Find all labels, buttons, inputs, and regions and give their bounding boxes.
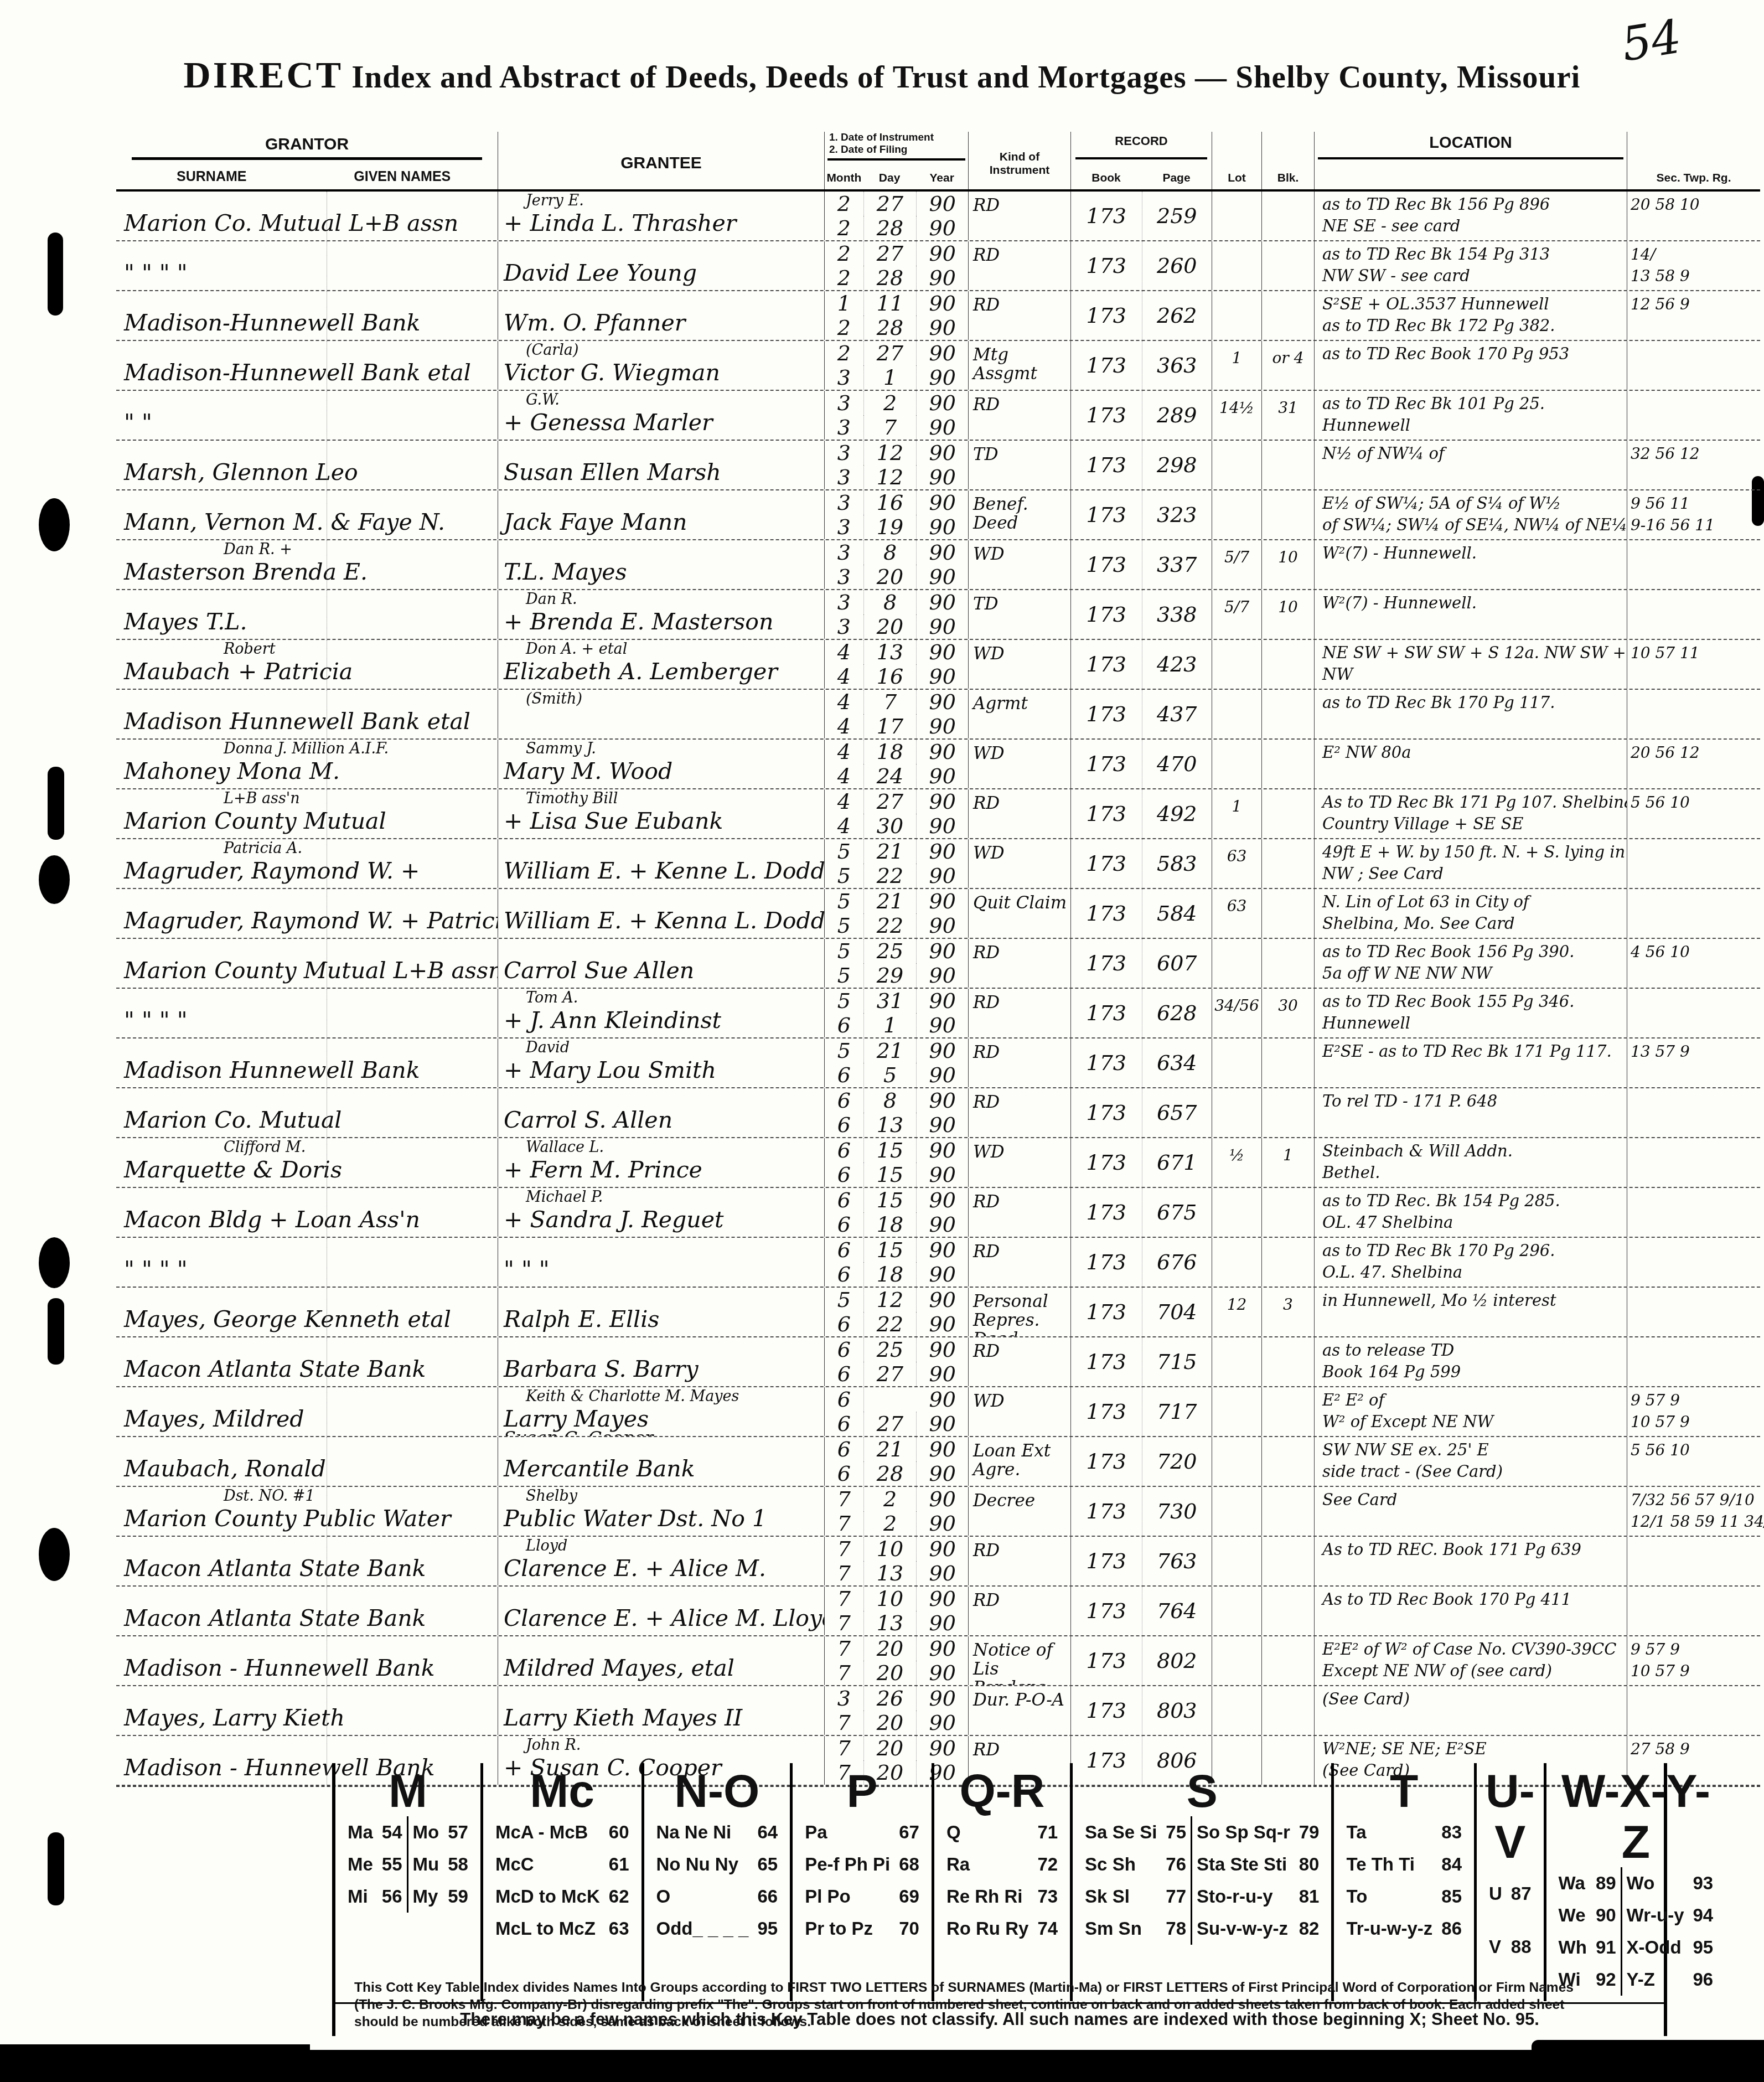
date-cell: 22790 22890 <box>825 192 969 240</box>
kind-header-cell: Kind of Instrument <box>969 132 1071 189</box>
grantor-note <box>124 990 494 1006</box>
key-entry-label: No Nu Ny <box>656 1848 739 1880</box>
day-value: 21 <box>864 1437 917 1461</box>
location-line-1: as to TD Rec Bk 156 Pg 896 <box>1322 194 1625 215</box>
sec-twp-rg-cell <box>1627 341 1760 390</box>
grantee-name: Barbara S. Barry <box>504 1355 821 1383</box>
year-value: 90 <box>917 565 968 589</box>
blk-value: 30 <box>1262 989 1315 1037</box>
date-cell: 7290 7290 <box>825 1487 969 1536</box>
key-entry: Wa89 <box>1559 1867 1616 1899</box>
key-entry-label: Wh <box>1559 1931 1587 1964</box>
grantee-note: G.W. <box>504 392 821 409</box>
grantee-note: Timothy Bill <box>504 791 821 807</box>
grantor-note <box>124 1438 494 1455</box>
ledger-row: Macon Atlanta State Bank Lloyd Clarence … <box>116 1537 1760 1587</box>
location-line-1: To rel TD - 171 P. 648 <box>1322 1091 1625 1112</box>
key-entry-label: Sto-r-u-y <box>1197 1880 1272 1913</box>
key-entry: Wr-u-y94 <box>1627 1899 1714 1931</box>
year-value: 90 <box>917 1088 968 1113</box>
grantee-note: Keith & Charlotte M. Mayes <box>504 1388 821 1405</box>
grantor-name: Mayes, George Kenneth etal <box>124 1305 494 1333</box>
date-cell: 61590 61590 <box>825 1138 969 1187</box>
grantee-name: Larry Kieth Mayes II <box>504 1704 821 1732</box>
lot-value <box>1212 1487 1262 1536</box>
record-page: 634 <box>1142 1039 1212 1087</box>
grantee-cell: Lloyd Clarence E. + Alice M. <box>498 1537 825 1585</box>
date-of-filing: 43090 <box>825 814 968 838</box>
grantee-name: Carrol S. Allen <box>504 1106 821 1134</box>
ledger-row: Robert Maubach + Patricia Don A. + etal … <box>116 640 1760 690</box>
sec-twp-rg-line-1: 13 57 9 <box>1631 1041 1759 1062</box>
page-header: Page <box>1141 172 1212 185</box>
record-page: 715 <box>1142 1337 1212 1386</box>
date-of-filing: 72090 <box>825 1711 968 1735</box>
location-cell: as to TD Rec Bk 170 Pg 117. <box>1315 690 1627 738</box>
record-cell: 173289 <box>1071 391 1212 440</box>
year-value: 90 <box>917 814 968 838</box>
key-entry-sheet-number: 61 <box>609 1848 629 1880</box>
key-entry-sheet-number: 86 <box>1441 1913 1462 1945</box>
year-value: 90 <box>917 1288 968 1312</box>
key-section-letter: W-X-Y-Z <box>1554 1765 1718 1867</box>
year-value: 90 <box>917 789 968 814</box>
grantor-note <box>124 193 494 209</box>
key-entry-label: Wa <box>1559 1867 1585 1899</box>
grantor-note <box>124 1737 494 1754</box>
key-entry-sheet-number: 56 <box>382 1880 402 1913</box>
blk-value: 10 <box>1262 590 1315 639</box>
sec-twp-rg-cell <box>1627 839 1760 888</box>
key-section-n-o: N-ONa Ne Ni64No Nu Ny65O66Odd_ _ _ _95 <box>644 1763 793 2001</box>
key-section-mc: McMcA - McB60McC61McD to McK62McL to McZ… <box>483 1763 644 2001</box>
blk-value <box>1262 1537 1315 1585</box>
grantor-header: GRANTOR <box>116 135 498 154</box>
kind-of-instrument: Mtg Assgmt <box>969 341 1071 390</box>
key-entry-sheet-number: 72 <box>1037 1848 1058 1880</box>
key-entry-label: X-Odd <box>1627 1931 1682 1964</box>
date-cell: 42790 43090 <box>825 789 969 838</box>
month-value: 6 <box>825 1362 864 1386</box>
binder-mark <box>48 233 63 316</box>
month-value: 6 <box>825 1163 864 1187</box>
key-entry-sheet-number: 91 <box>1596 1931 1616 1964</box>
year-value: 90 <box>917 1511 968 1536</box>
month-value: 6 <box>825 1013 864 1037</box>
month-value: 6 <box>825 1412 864 1436</box>
location-line-2: NE SE - see card <box>1322 215 1625 237</box>
day-value: 13 <box>864 1113 917 1137</box>
kind-of-instrument: RD <box>969 192 1071 240</box>
kind-of-instrument: WD <box>969 839 1071 888</box>
blk-value <box>1262 789 1315 838</box>
grantor-name: Marion Co. Mutual <box>124 1106 494 1134</box>
date-of-instrument: 22790 <box>825 341 968 365</box>
kind-of-instrument: RD <box>969 291 1071 340</box>
lot-value <box>1212 1337 1262 1386</box>
grantee-cell: Larry Kieth Mayes II <box>498 1686 825 1735</box>
record-cell: 173262 <box>1071 291 1212 340</box>
record-header: RECORD <box>1071 134 1212 148</box>
key-entry: Me55 <box>348 1848 402 1880</box>
key-entry-label: Q <box>946 1816 961 1848</box>
grantor-note <box>124 1239 494 1256</box>
day-value: 21 <box>864 839 917 864</box>
record-cell: 173671 <box>1071 1138 1212 1187</box>
month-value: 7 <box>825 1487 864 1511</box>
location-line-1: E²E² of W² of Case No. CV390-39CC <box>1322 1639 1625 1660</box>
month-value: 3 <box>825 614 864 639</box>
key-entry-sheet-number: 62 <box>609 1880 629 1913</box>
year-value: 90 <box>917 1013 968 1037</box>
month-value: 1 <box>825 291 864 316</box>
grantor-cell: Mann, Vernon M. & Faye N. <box>116 490 498 539</box>
key-entry-sheet-number: 66 <box>757 1880 778 1913</box>
date-of-filing: 22890 <box>825 266 968 290</box>
record-header-cell: RECORD Book Page <box>1071 132 1212 189</box>
date-cell: 61590 61890 <box>825 1188 969 1237</box>
sec-twp-rg-cell <box>1627 1288 1760 1336</box>
location-line-1: W²(7) - Hunnewell. <box>1322 592 1625 614</box>
date-of-instrument: 62590 <box>825 1337 968 1362</box>
grantor-cell: Madison Hunnewell Bank <box>116 1039 498 1087</box>
grantor-cell: Macon Atlanta State Bank <box>116 1337 498 1386</box>
location-header: LOCATION <box>1315 134 1627 152</box>
month-value: 6 <box>825 1262 864 1287</box>
year-value: 90 <box>917 640 968 664</box>
grantee-name: Susan Ellen Marsh <box>504 458 821 486</box>
day-value: 1 <box>864 1013 917 1037</box>
location-line-2: NW <box>1322 664 1625 685</box>
key-entry-sheet-number: 73 <box>1037 1880 1058 1913</box>
lot-value: 12 <box>1212 1288 1262 1336</box>
grantee-name: William E. + Kenne L. Dodd <box>504 857 821 885</box>
year-value: 90 <box>917 1362 968 1386</box>
date-cell: 71090 71390 <box>825 1537 969 1585</box>
grantor-note <box>124 1538 494 1554</box>
lot-value: 63 <box>1212 839 1262 888</box>
date-cell: 3290 3790 <box>825 391 969 440</box>
record-page: 298 <box>1142 441 1212 489</box>
lot-value <box>1212 1238 1262 1287</box>
day-value: 5 <box>864 1063 917 1087</box>
date-of-instrument: 31290 <box>825 441 968 465</box>
month-value: 3 <box>825 415 864 440</box>
page-title: DIRECT Index and Abstract of Deeds, Deed… <box>0 53 1764 97</box>
record-book: 173 <box>1071 291 1142 340</box>
month-value: 3 <box>825 565 864 589</box>
key-entry: McA - McB60 <box>495 1816 629 1848</box>
day-value: 7 <box>864 415 917 440</box>
record-cell: 173704 <box>1071 1288 1212 1336</box>
key-column: Mo57Mu58My59 <box>407 1816 473 1913</box>
kind-of-instrument: WD <box>969 740 1071 788</box>
key-entry: Q71 <box>946 1816 1058 1848</box>
ledger-row: Dst. NO. #1 Marion County Public Water S… <box>116 1487 1760 1537</box>
record-book: 173 <box>1071 192 1142 240</box>
grantee-cell: Carrol Sue Allen <box>498 939 825 988</box>
grantor-note <box>124 1388 494 1405</box>
grantor-cell: Mayes T.L. <box>116 590 498 639</box>
grantor-note <box>124 442 494 458</box>
key-column: Wo93Wr-u-y94X-Odd95Y-Z96 <box>1621 1867 1718 1996</box>
day-value: 21 <box>864 1039 917 1063</box>
location-line-1: N½ of NW¼ of <box>1322 443 1625 464</box>
grantee-cell: Don A. + etal Elizabeth A. Lemberger <box>498 640 825 689</box>
ledger-row: " " " " " " " 61590 61890 RD 173676 as t… <box>116 1238 1760 1288</box>
ledger-row: Dan R. + Masterson Brenda E. T.L. Mayes … <box>116 540 1760 590</box>
location-cell: in Hunnewell, Mo ½ interest <box>1315 1288 1627 1336</box>
year-value: 90 <box>917 714 968 738</box>
location-line-2: 5a off W NE NW NW <box>1322 963 1625 984</box>
month-value: 3 <box>825 441 864 465</box>
year-value: 90 <box>917 1188 968 1212</box>
record-page: 657 <box>1142 1088 1212 1137</box>
month-value: 4 <box>825 740 864 764</box>
grantee-name: Elizabeth A. Lemberger <box>504 658 821 685</box>
date-of-instrument: 51290 <box>825 1288 968 1312</box>
location-cell: E² NW 80a <box>1315 740 1627 788</box>
kind-of-instrument: RD <box>969 789 1071 838</box>
date-cell: 11190 22890 <box>825 291 969 340</box>
sec-twp-rg-cell: 9 56 11 9-16 56 11 <box>1627 490 1760 539</box>
year-value: 90 <box>917 441 968 465</box>
blk-value <box>1262 1188 1315 1237</box>
day-value: 27 <box>864 192 917 216</box>
date-of-instrument: 72090 <box>825 1636 968 1661</box>
key-entry: Ta83 <box>1346 1816 1462 1848</box>
location-line-1: as to TD Rec Bk 170 Pg 296. <box>1322 1240 1625 1262</box>
grantee-cell: Wallace L. + Fern M. Prince <box>498 1138 825 1187</box>
record-book: 173 <box>1071 789 1142 838</box>
lot-value <box>1212 939 1262 988</box>
year-value: 90 <box>917 1039 968 1063</box>
day-value: 15 <box>864 1238 917 1262</box>
record-page: 802 <box>1142 1636 1212 1685</box>
day-value: 8 <box>864 590 917 614</box>
date-of-instrument: 62190 <box>825 1437 968 1461</box>
location-cell: N½ of NW¼ of <box>1315 441 1627 489</box>
record-page: 704 <box>1142 1288 1212 1336</box>
record-cell: 173657 <box>1071 1088 1212 1137</box>
key-entry: Pa67 <box>805 1816 919 1848</box>
month-value: 6 <box>825 1461 864 1486</box>
grantor-name: Marion County Public Water <box>124 1505 494 1532</box>
location-cell: E²SE - as to TD Rec Bk 171 Pg 117. <box>1315 1039 1627 1087</box>
date-of-instrument: 53190 <box>825 989 968 1013</box>
record-cell: 173298 <box>1071 441 1212 489</box>
key-entry-sheet-number: 78 <box>1166 1913 1186 1945</box>
key-entry-sheet-number: 54 <box>382 1816 402 1848</box>
date-cell: 71090 71390 <box>825 1587 969 1635</box>
grantee-cell: Keith & Charlotte M. Mayes Larry Mayes S… <box>498 1387 825 1436</box>
date-of-filing: 62290 <box>825 1312 968 1336</box>
year-value: 90 <box>917 1711 968 1735</box>
key-section-letter: U-V <box>1484 1765 1536 1867</box>
day-value: 20 <box>864 1711 917 1735</box>
key-entry: Tr-u-w-y-z86 <box>1346 1913 1462 1945</box>
key-section-letter: P <box>800 1765 924 1816</box>
location-line-1: E½ of SW¼; 5A of S¼ of W½ <box>1322 493 1625 514</box>
grantee-name: Jack Faye Mann <box>504 508 821 536</box>
key-entry: Y-Z96 <box>1627 1964 1714 1996</box>
binder-mark <box>39 1528 70 1581</box>
location-cell: To rel TD - 171 P. 648 <box>1315 1088 1627 1137</box>
year-value: 90 <box>917 690 968 714</box>
binder-mark <box>48 1832 64 1905</box>
year-value: 90 <box>917 913 968 938</box>
year-value: 90 <box>917 241 968 266</box>
sec-twp-rg-cell: 9 57 9 10 57 9 <box>1627 1636 1760 1685</box>
day-value: 20 <box>864 1661 917 1685</box>
ledger-row: Macon Atlanta State Bank Barbara S. Barr… <box>116 1337 1760 1387</box>
key-entry-label: Na Ne Ni <box>656 1816 732 1848</box>
location-cell: W²(7) - Hunnewell. <box>1315 590 1627 639</box>
date-of-filing: 32090 <box>825 614 968 639</box>
record-page: 764 <box>1142 1587 1212 1635</box>
sec-twp-rg-line-2: 10 57 9 <box>1631 1660 1759 1682</box>
ledger-row: " " G.W. + Genessa Marler 3290 3790 RD 1… <box>116 391 1760 441</box>
date-of-filing: 71390 <box>825 1561 968 1585</box>
sec-twp-rg-line-1: 27 58 9 <box>1631 1738 1759 1760</box>
date-of-instrument: 22790 <box>825 241 968 266</box>
record-page: 337 <box>1142 540 1212 589</box>
record-page: 628 <box>1142 989 1212 1037</box>
sec-twp-rg-line-2: 12/1 58 59 11 34/2 31/2 <box>1631 1511 1759 1532</box>
key-entry-sheet-number: 77 <box>1166 1880 1186 1913</box>
ledger-row: Madison - Hunnewell Bank Mildred Mayes, … <box>116 1636 1760 1686</box>
date-of-instrument: 52590 <box>825 939 968 963</box>
key-entry-sheet-number: 90 <box>1596 1899 1616 1931</box>
sec-twp-rg-line-1: 9 56 11 <box>1631 493 1759 514</box>
grantee-note <box>504 1239 821 1256</box>
record-cell: 173492 <box>1071 789 1212 838</box>
binder-mark <box>39 855 70 904</box>
grantor-name: Mahoney Mona M. <box>124 757 494 785</box>
date-cell: 52190 52290 <box>825 889 969 938</box>
year-value: 90 <box>917 341 968 365</box>
lot-value: 5/7 <box>1212 540 1262 589</box>
key-entry-label: Ma <box>348 1816 373 1848</box>
grantor-name: Macon Atlanta State Bank <box>124 1604 494 1632</box>
month-value: 7 <box>825 1661 864 1685</box>
month-value: 6 <box>825 1212 864 1237</box>
key-entry: Mo57 <box>413 1816 468 1848</box>
kind-of-instrument: Quit Claim <box>969 889 1071 938</box>
scan-bottom-band <box>0 2050 1764 2082</box>
lot-value <box>1212 1188 1262 1237</box>
key-entry-sheet-number: 60 <box>609 1816 629 1848</box>
blk-value: 10 <box>1262 540 1315 589</box>
location-line-2: O.L. 47. Shelbina <box>1322 1262 1625 1283</box>
sec-twp-rg-line-1: 20 56 12 <box>1631 742 1759 763</box>
key-section-letter: S <box>1080 1765 1323 1816</box>
month-value: 5 <box>825 989 864 1013</box>
date-of-instrument: 6890 <box>825 1088 968 1113</box>
grantor-note <box>124 890 494 907</box>
month-value: 7 <box>825 1611 864 1635</box>
location-line-1: as to TD Rec Book 156 Pg 390. <box>1322 941 1625 963</box>
grantee-note <box>504 1687 821 1704</box>
record-book: 173 <box>1071 590 1142 639</box>
record-book: 173 <box>1071 1039 1142 1087</box>
record-cell: 173323 <box>1071 490 1212 539</box>
grantee-note <box>504 890 821 907</box>
record-book: 173 <box>1071 640 1142 689</box>
date-of-instrument: 3890 <box>825 540 968 565</box>
grantee-cell: Dan R. + Brenda E. Masterson <box>498 590 825 639</box>
lot-value <box>1212 740 1262 788</box>
grantor-name: " " " " <box>124 259 494 287</box>
date-of-instrument: 61590 <box>825 1138 968 1163</box>
key-entry-label: Mu <box>413 1848 439 1880</box>
grantee-note <box>504 840 821 857</box>
day-value: 2 <box>864 1511 917 1536</box>
key-entry: Sk Sl77 <box>1085 1880 1186 1913</box>
book-header: Book <box>1071 172 1141 185</box>
date-cell: 32690 72090 <box>825 1686 969 1735</box>
day-value: 25 <box>864 1337 917 1362</box>
date-of-filing: 41790 <box>825 714 968 738</box>
key-entry: No Nu Ny65 <box>656 1848 778 1880</box>
key-entry-sheet-number: 83 <box>1441 1816 1462 1848</box>
grantee-name: Carrol Sue Allen <box>504 957 821 984</box>
year-value: 90 <box>917 1587 968 1611</box>
grantor-cell: Maubach, Ronald <box>116 1437 498 1486</box>
record-book: 173 <box>1071 1088 1142 1137</box>
key-entry-label: Wo <box>1627 1867 1655 1899</box>
key-entry-sheet-number: 58 <box>448 1848 468 1880</box>
grantor-note <box>124 1089 494 1106</box>
blk-value: or 4 <box>1262 341 1315 390</box>
lot-value: 34/56 <box>1212 989 1262 1037</box>
ledger-row: Maubach, Ronald Mercantile Bank 62190 62… <box>116 1437 1760 1487</box>
key-entry: Ro Ru Ry74 <box>946 1913 1058 1945</box>
day-value: 28 <box>864 316 917 340</box>
record-book: 173 <box>1071 690 1142 738</box>
title-rest: Index and Abstract of Deeds, Deeds of Tr… <box>343 60 1580 95</box>
key-section-t: TTa83Te Th Ti84To85Tr-u-w-y-z86 <box>1334 1763 1477 2001</box>
grantor-cell: " " " " <box>116 241 498 290</box>
key-column: Pa67Pe-f Ph Pi68Pl Po69Pr to Pz70 <box>800 1816 924 1945</box>
lot-value <box>1212 1039 1262 1087</box>
date-of-instrument: 52190 <box>825 839 968 864</box>
key-section-s: SSa Se Si75Sc Sh76Sk Sl77Sm Sn78So Sp Sq… <box>1073 1763 1334 2001</box>
grantor-name: Magruder, Raymond W. + Patricia A. <box>124 907 494 934</box>
grantor-note <box>124 1637 494 1654</box>
sec-twp-rg-cell: 9 57 9 10 57 9 <box>1627 1387 1760 1436</box>
year-value: 90 <box>917 266 968 290</box>
header-rule <box>132 157 483 160</box>
record-book: 173 <box>1071 1537 1142 1585</box>
sec-twp-rg-cell: 5 56 10 <box>1627 1437 1760 1486</box>
month-value: 5 <box>825 1288 864 1312</box>
key-entry-label: Ta <box>1346 1816 1366 1848</box>
record-book: 173 <box>1071 540 1142 589</box>
key-section-p: PPa67Pe-f Ph Pi68Pl Po69Pr to Pz70 <box>793 1763 934 2001</box>
grantee-note <box>504 1637 821 1654</box>
key-column: McA - McB60McC61McD to McK62McL to McZ63 <box>491 1816 634 1945</box>
lot-value <box>1212 690 1262 738</box>
location-line-2: Hunnewell <box>1322 1012 1625 1034</box>
sec-twp-rg-cell <box>1627 1138 1760 1187</box>
grantee-name: Public Water Dst. No 1 <box>504 1505 821 1532</box>
grantor-note <box>124 1040 494 1056</box>
grantor-name: Marquette & Doris <box>124 1156 494 1184</box>
date-cell: 52190 6590 <box>825 1039 969 1087</box>
key-column: Ta83Te Th Ti84To85Tr-u-w-y-z86 <box>1342 1816 1466 1945</box>
record-cell: 173717 <box>1071 1387 1212 1436</box>
